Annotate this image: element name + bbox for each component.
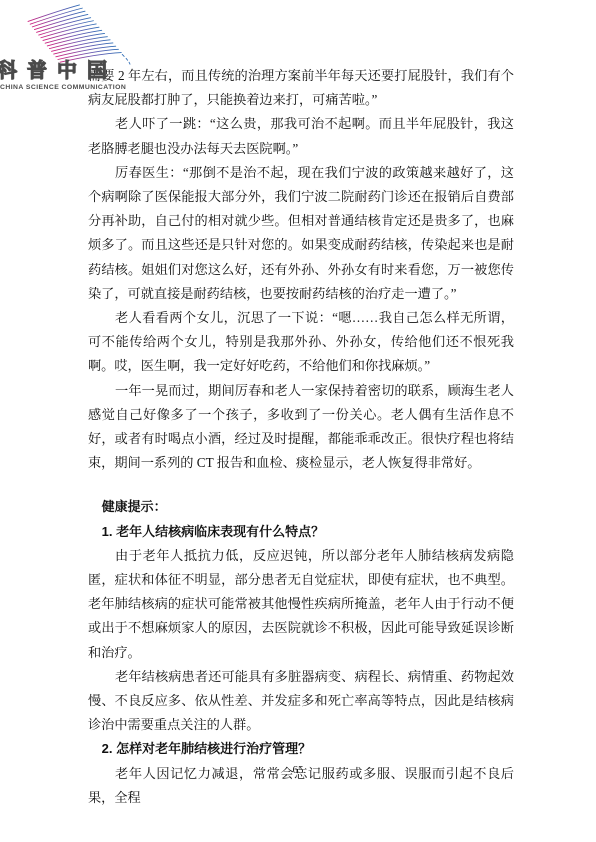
paragraph-heading: 2. 怎样对老年肺结核进行治疗管理？ bbox=[88, 737, 514, 761]
paragraph-section-title: 健康提示： bbox=[88, 495, 514, 519]
document-body: 需要 2 年左右，而且传统的治理方案前半年每天还要打屁股针，我们有个病友屁股都打… bbox=[88, 64, 514, 810]
document-page: 科普中国 CHINA SCIENCE COMMUNICATION 需要 2 年左… bbox=[0, 0, 596, 842]
paragraph-continuation: 需要 2 年左右，而且传统的治理方案前半年每天还要打屁股针，我们有个病友屁股都打… bbox=[88, 64, 514, 112]
paragraph-indent: 老人吓了一跳：“这么贵，那我可治不起啊。而且半年屁股针，我这老胳膊老腿也没办法每… bbox=[88, 112, 514, 160]
paragraph-indent: 老年结核病患者还可能具有多脏器病变、病程长、病情重、药物起效慢、不良反应多、依从… bbox=[88, 665, 514, 738]
page-number: 65 bbox=[0, 764, 596, 776]
paragraph-indent: 由于老年人抵抗力低，反应迟钝，所以部分老年人肺结核病发病隐匿，症状和体征不明显，… bbox=[88, 544, 514, 665]
paragraph-indent: 一年一晃而过，期间厉春和老人一家保持着密切的联系，顾海生老人感觉自己好像多了一个… bbox=[88, 379, 514, 476]
paragraph-indent: 厉春医生：“那倒不是治不起，现在我们宁波的政策越来越好了，这个病啊除了医保能报大… bbox=[88, 161, 514, 306]
logo-swoosh-icon bbox=[22, 2, 137, 70]
paragraph-indent: 老人看看两个女儿，沉思了一下说：“嗯……我自己怎么样无所谓，可不能传给两个女儿，… bbox=[88, 306, 514, 379]
paragraph-heading: 1. 老年人结核病临床表现有什么特点？ bbox=[88, 520, 514, 544]
